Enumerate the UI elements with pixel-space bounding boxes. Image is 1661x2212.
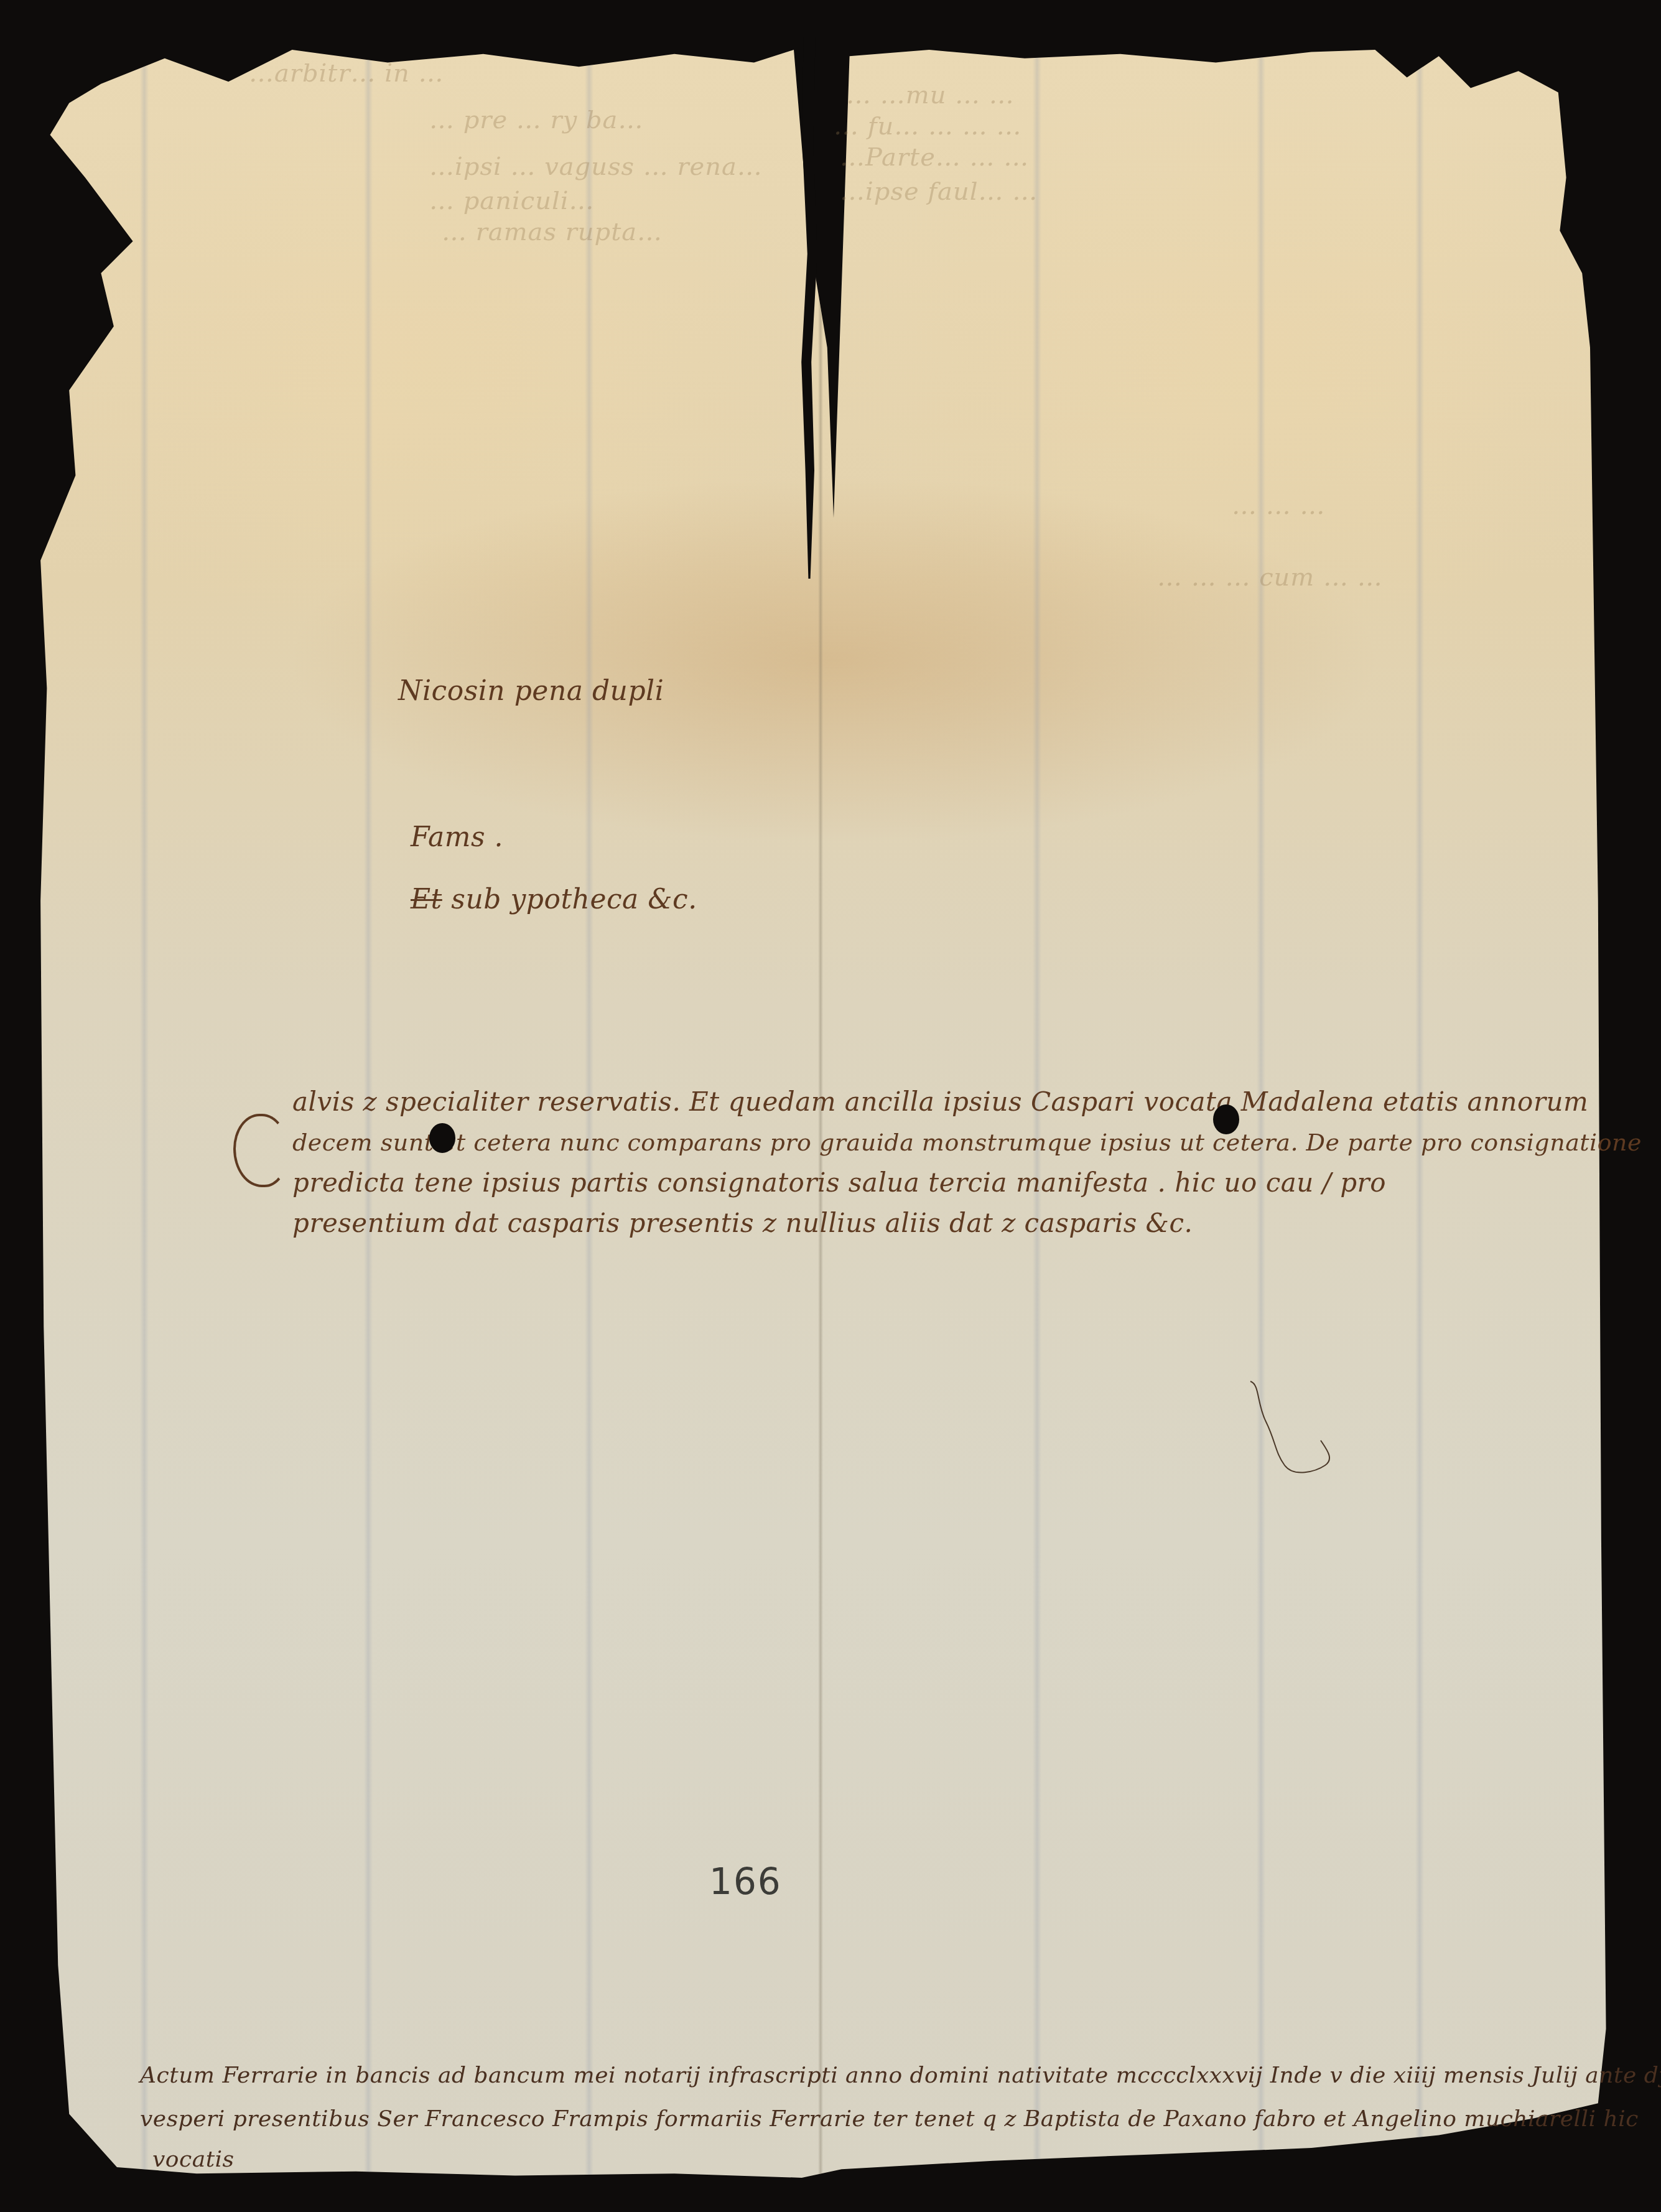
note-line-3-text: sub ypotheca &c.	[451, 884, 697, 915]
paragraph-line: predicta tene ipsius partis consignatori…	[292, 1160, 1386, 1205]
ghost-text-line: …ipse faul… …	[840, 177, 1038, 206]
ghost-text-line: … … … cum … …	[1157, 563, 1383, 592]
struck-word: Et	[411, 884, 442, 915]
ghost-text-line: … paniculi…	[429, 187, 594, 215]
paragraph-line: decem sunt et cetera nunc comparans pro …	[292, 1120, 1642, 1165]
folio-number: 166	[709, 1860, 782, 1903]
ghost-text-line: … ramas rupta…	[442, 218, 663, 246]
note-line-2: Fams .	[411, 815, 503, 860]
ghost-text-line: … … …	[1232, 492, 1325, 520]
footer-line: vocatis	[152, 2137, 235, 2182]
note-line-1: Nicosin pena dupli	[398, 669, 664, 714]
ghost-text-line: … …mu … …	[846, 81, 1015, 110]
footer-line: Actum Ferrarie in bancis ad bancum mei n…	[140, 2053, 1661, 2098]
center-fold	[818, 286, 823, 2212]
note-line-3: Et sub ypotheca &c.	[411, 877, 697, 922]
decorated-initial	[233, 1114, 288, 1187]
ghost-text-line: … fu… … … …	[834, 112, 1021, 141]
paragraph-line: presentium dat casparis presentis z null…	[292, 1201, 1193, 1246]
ink-hole	[429, 1123, 455, 1153]
ghost-text-line: …ipsi … vaguss … rena…	[429, 152, 763, 181]
ghost-text-line: … pre … ry ba…	[429, 106, 643, 134]
paragraph-line: alvis z specialiter reservatis. Et queda…	[292, 1080, 1588, 1124]
ink-hole	[1213, 1104, 1239, 1134]
stray-fiber	[1247, 1378, 1334, 1478]
ghost-text-line: …Parte… … …	[840, 143, 1029, 172]
footer-line: vesperi presentibus Ser Francesco Frampi…	[140, 2097, 1639, 2142]
ghost-text-line: …arbitr… in …	[249, 59, 444, 88]
chain-line	[140, 50, 149, 2178]
